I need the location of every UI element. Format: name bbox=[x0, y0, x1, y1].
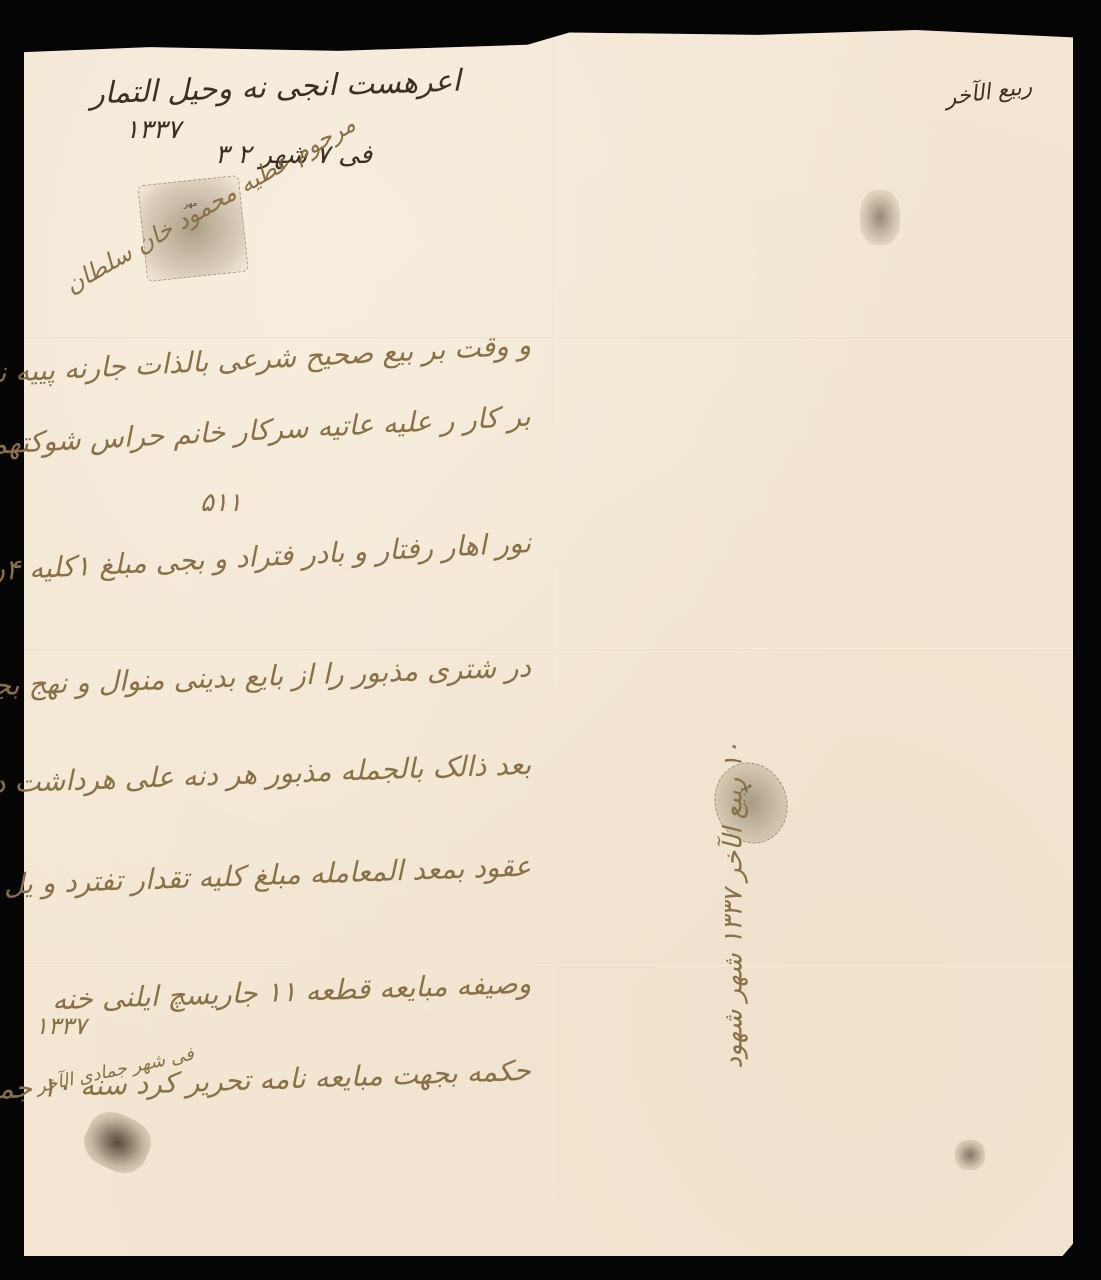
fold-line-horizontal bbox=[24, 965, 1073, 967]
body-amount: ۵۱۱ bbox=[200, 488, 242, 518]
bottom-left-year: ۱۳۳۷ bbox=[35, 1012, 87, 1040]
header-year: ۱۳۳۷ bbox=[125, 115, 181, 145]
fold-line-horizontal bbox=[24, 648, 1073, 650]
fold-line-horizontal bbox=[24, 336, 1073, 338]
ink-smudge bbox=[860, 190, 900, 245]
fold-line-vertical bbox=[553, 30, 555, 1256]
ink-smudge bbox=[955, 1140, 985, 1170]
vertical-note: ۱۰ ربیع الآخر ۱۳۳۷ شهر شهود bbox=[719, 742, 749, 1069]
